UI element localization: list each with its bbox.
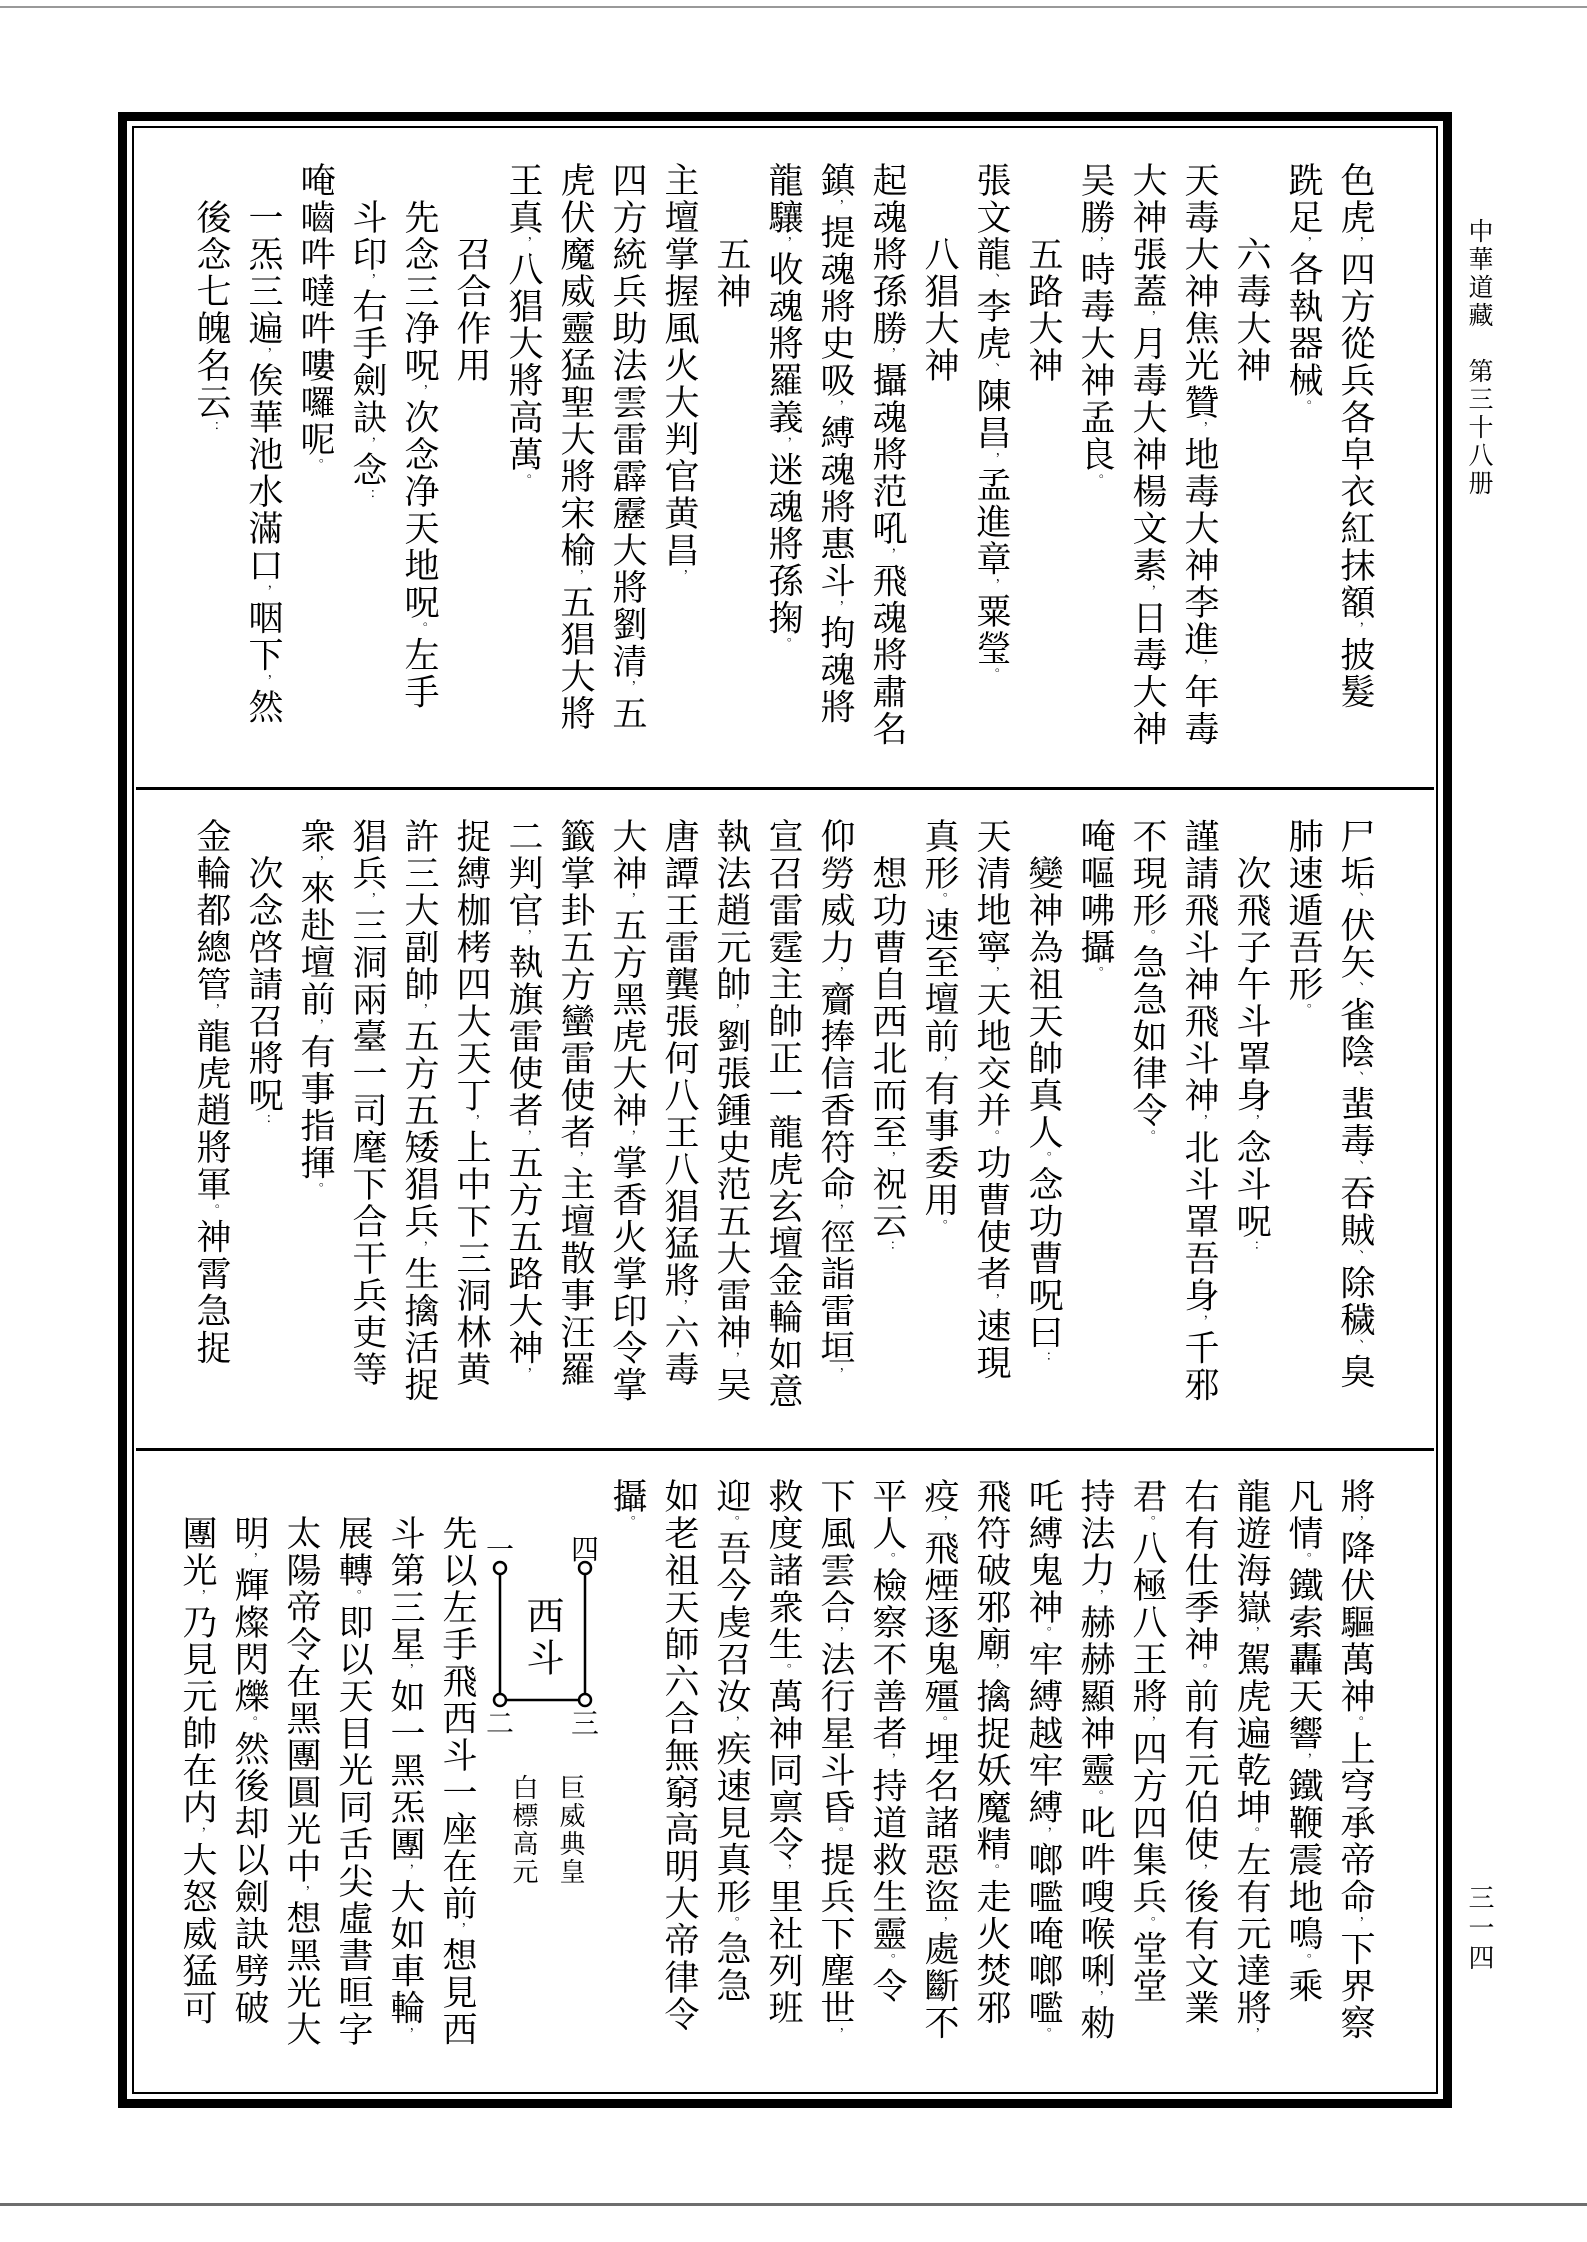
instruction-column: 斗印，右手劍訣，念： xyxy=(341,162,393,786)
text-column: 謹請飛斗神飛斗神，北斗罩吾身，千邪 xyxy=(1173,818,1225,1446)
mantra-column: 唵嚙吽噠吽嘍囉呢。 xyxy=(289,162,341,786)
text-section-bottom: 將，降伏驅萬神。上穹承帝命，下界察 凡情。鐵索轟天響，鐵鞭震地鳴。乘 龍遊海嶽，… xyxy=(136,1452,1434,2090)
instruction-column: 明，輝燦閃爍。然後却以劍訣劈破 xyxy=(223,1478,275,2090)
text-column: 尸垢、伏矢、雀陰、蜚毒、吞賊、除穢、臭 xyxy=(1329,818,1381,1446)
section-heading-column: 五神 xyxy=(705,162,757,786)
text-column: 龍遊海嶽，駕虎遍乾坤。左有元達將， xyxy=(1225,1478,1277,2090)
text-column: 天毒大神焦光贊，地毒大神李進，年毒 xyxy=(1173,162,1225,786)
instruction-column: 團光，乃見元帥在内，大怒威猛可 xyxy=(171,1478,223,2090)
text-column: 金輪都總管，龍虎趙將軍。神霄急捉 xyxy=(185,818,237,1446)
text-column: 天清地寧，天地交并。功曹使者，速現 xyxy=(965,818,1017,1446)
text-column: 仰勞威力，齎捧信香符命，徑詣雷垣， xyxy=(809,818,861,1446)
star-label-two: 二 xyxy=(486,1710,514,1738)
text-column: 二判官，執旗雷使者，五方五路大神， xyxy=(497,818,549,1446)
mantra-column: 持法力，赫赫顯神靈。叱吽嗖喉唎，勑 xyxy=(1069,1478,1121,2090)
text-column: 救度諸衆生。萬神同禀令，里社列班 xyxy=(757,1478,809,2090)
text-column: 攝。 xyxy=(601,1478,653,2090)
text-column: 跣足，各執器械。 xyxy=(1277,162,1329,786)
text-section-middle: 尸垢、伏矢、雀陰、蜚毒、吞賊、除穢、臭 肺速遁吾形。 次飛子午斗罩身，念斗呪： … xyxy=(136,792,1434,1446)
text-column: 飛符破邪廟，擒捉妖魔精。走火焚邪 xyxy=(965,1478,1017,2090)
scanned-book-page: 色虎，四方從兵各皁衣紅抹額，披髮 跣足，各執器械。 六毒大神 天毒大神焦光贊，地… xyxy=(0,0,1587,2242)
text-column: 大神張蓋，月毒大神楊文素，日毒大神 xyxy=(1121,162,1173,786)
diagram-annotation-left: 白標高元 xyxy=(509,1774,536,1886)
text-section-top: 色虎，四方從兵各皁衣紅抹額，披髮 跣足，各執器械。 六毒大神 天毒大神焦光贊，地… xyxy=(136,128,1434,786)
text-column: 起魂將孫勝，攝魂將范吼，飛魂將肅名 xyxy=(861,162,913,786)
text-column: 主壇掌握風火大判官黄昌， xyxy=(653,162,705,786)
text-column: 鎮，提魂將史吸，縛魂將惠斗，拘魂將 xyxy=(809,162,861,786)
text-column: 捉縛枷栲四大天丁，上中下三洞林黄 xyxy=(445,818,497,1446)
instruction-column: 先以左手飛西斗一座在前，想見西 xyxy=(431,1478,483,2090)
text-column: 唐譚王雷龔張何八王八猖猛將，六毒 xyxy=(653,818,705,1446)
text-column: 衆，來赴壇前，有事指揮。 xyxy=(289,818,341,1446)
text-column: 肺速遁吾形。 xyxy=(1277,818,1329,1446)
text-column: 許三大副帥，五方五矮猖兵，生擒活捉 xyxy=(393,818,445,1446)
star-label-three: 三 xyxy=(571,1710,599,1738)
instruction-column: 後念七魄名云： xyxy=(185,162,237,786)
diagram-annotation-right: 巨威典皇 xyxy=(556,1774,583,1886)
text-column: 宣召雷霆主帥正一龍虎玄壇金輪如意 xyxy=(757,818,809,1446)
scan-edge-bottom xyxy=(0,2203,1587,2206)
star-label-four: 四 xyxy=(571,1536,599,1564)
volume-header: 中華道藏 第三十八册 xyxy=(1461,218,1497,498)
text-column: 虎伏魔威靈猛聖大將宋榆，五猖大將 xyxy=(549,162,601,786)
instruction-column: 先念三净呪，次念净天地呪。左手 xyxy=(393,162,445,786)
west-dipper-diagram: 一 二 三 四 西斗 巨威典皇 白標高元 xyxy=(483,1478,601,2090)
text-column: 色虎，四方從兵各皁衣紅抹額，披髮 xyxy=(1329,162,1381,786)
text-column: 猖兵，三洞兩臺一司麾下合干兵吏等 xyxy=(341,818,393,1446)
text-column: 下風雲合，法行星斗昏。提兵下塵世， xyxy=(809,1478,861,2090)
star-label-one: 一 xyxy=(486,1536,514,1564)
text-column: 執法趙元帥，劉張鍾史范五大雷神，吴 xyxy=(705,818,757,1446)
diagram-title: 西斗 xyxy=(522,1596,562,1680)
section-heading-column: 五路大神 xyxy=(1017,162,1069,786)
section-heading-column: 召合作用 xyxy=(445,162,497,786)
text-column: 張文龍、李虎、陳昌，孟進章，粟瑩。 xyxy=(965,162,1017,786)
instruction-column: 展轉。即以天目光同舌尖虛書晅字 xyxy=(327,1478,379,2090)
text-column: 龍驤，收魂將羅義，迷魂將孫掬。 xyxy=(757,162,809,786)
instruction-column: 變神為祖天帥真人。念功曹呪曰： xyxy=(1017,818,1069,1446)
section-heading-column: 六毒大神 xyxy=(1225,162,1277,786)
scan-edge-top xyxy=(0,6,1587,8)
instruction-column: 太陽帝令在黑團圓光中，想黑光大 xyxy=(275,1478,327,2090)
section-heading-column: 八猖大神 xyxy=(913,162,965,786)
text-column: 將，降伏驅萬神。上穹承帝命，下界察 xyxy=(1329,1478,1381,2090)
text-column: 平人。檢察不善者，持道救生靈。令 xyxy=(861,1478,913,2090)
section-divider-2 xyxy=(136,1448,1434,1451)
instruction-column: 斗第三星，如一黑炁團，大如車輪， xyxy=(379,1478,431,2090)
text-column: 籤掌卦五方蠻雷使者，主壇散事汪羅 xyxy=(549,818,601,1446)
text-column: 君。八極八王將，四方四集兵。堂堂 xyxy=(1121,1478,1173,2090)
text-column: 大神，五方黑虎大神，掌香火掌印令掌 xyxy=(601,818,653,1446)
mantra-column: 吒縛鬼神。牢縛越牢縛，啷嚂唵啷嚂。 xyxy=(1017,1478,1069,2090)
text-column: 吴勝，時毒大神孟良。 xyxy=(1069,162,1121,786)
text-column: 右有仕季神。前有元伯使，後有文業 xyxy=(1173,1478,1225,2090)
text-column: 不現形。急急如律令。 xyxy=(1121,818,1173,1446)
section-divider-1 xyxy=(136,787,1434,790)
instruction-column: 一炁三遍，俟華池水滿口，咽下，然 xyxy=(237,162,289,786)
text-column: 四方統兵助法雲雷霹靂大將劉清，五 xyxy=(601,162,653,786)
text-column: 真形。速至壇前，有事委用。 xyxy=(913,818,965,1446)
instruction-column: 次飛子午斗罩身，念斗呪： xyxy=(1225,818,1277,1446)
instruction-column: 想功曹自西北而至，祝云： xyxy=(861,818,913,1446)
text-column: 如老祖天師六合無窮高明大帝律令 xyxy=(653,1478,705,2090)
text-column: 王真，八猖大將高萬。 xyxy=(497,162,549,786)
text-column: 凡情。鐵索轟天響，鐵鞭震地鳴。乘 xyxy=(1277,1478,1329,2090)
text-column: 疫，飛煙逐鬼殭。埋名諸惡盜，處斷不 xyxy=(913,1478,965,2090)
page-number: 三一四 xyxy=(1461,1884,1497,1974)
mantra-column: 唵嘔咈攝。 xyxy=(1069,818,1121,1446)
instruction-column: 次念啓請召將呪： xyxy=(237,818,289,1446)
text-column: 迎。吾今虔召汝，疾速見真形。急急 xyxy=(705,1478,757,2090)
